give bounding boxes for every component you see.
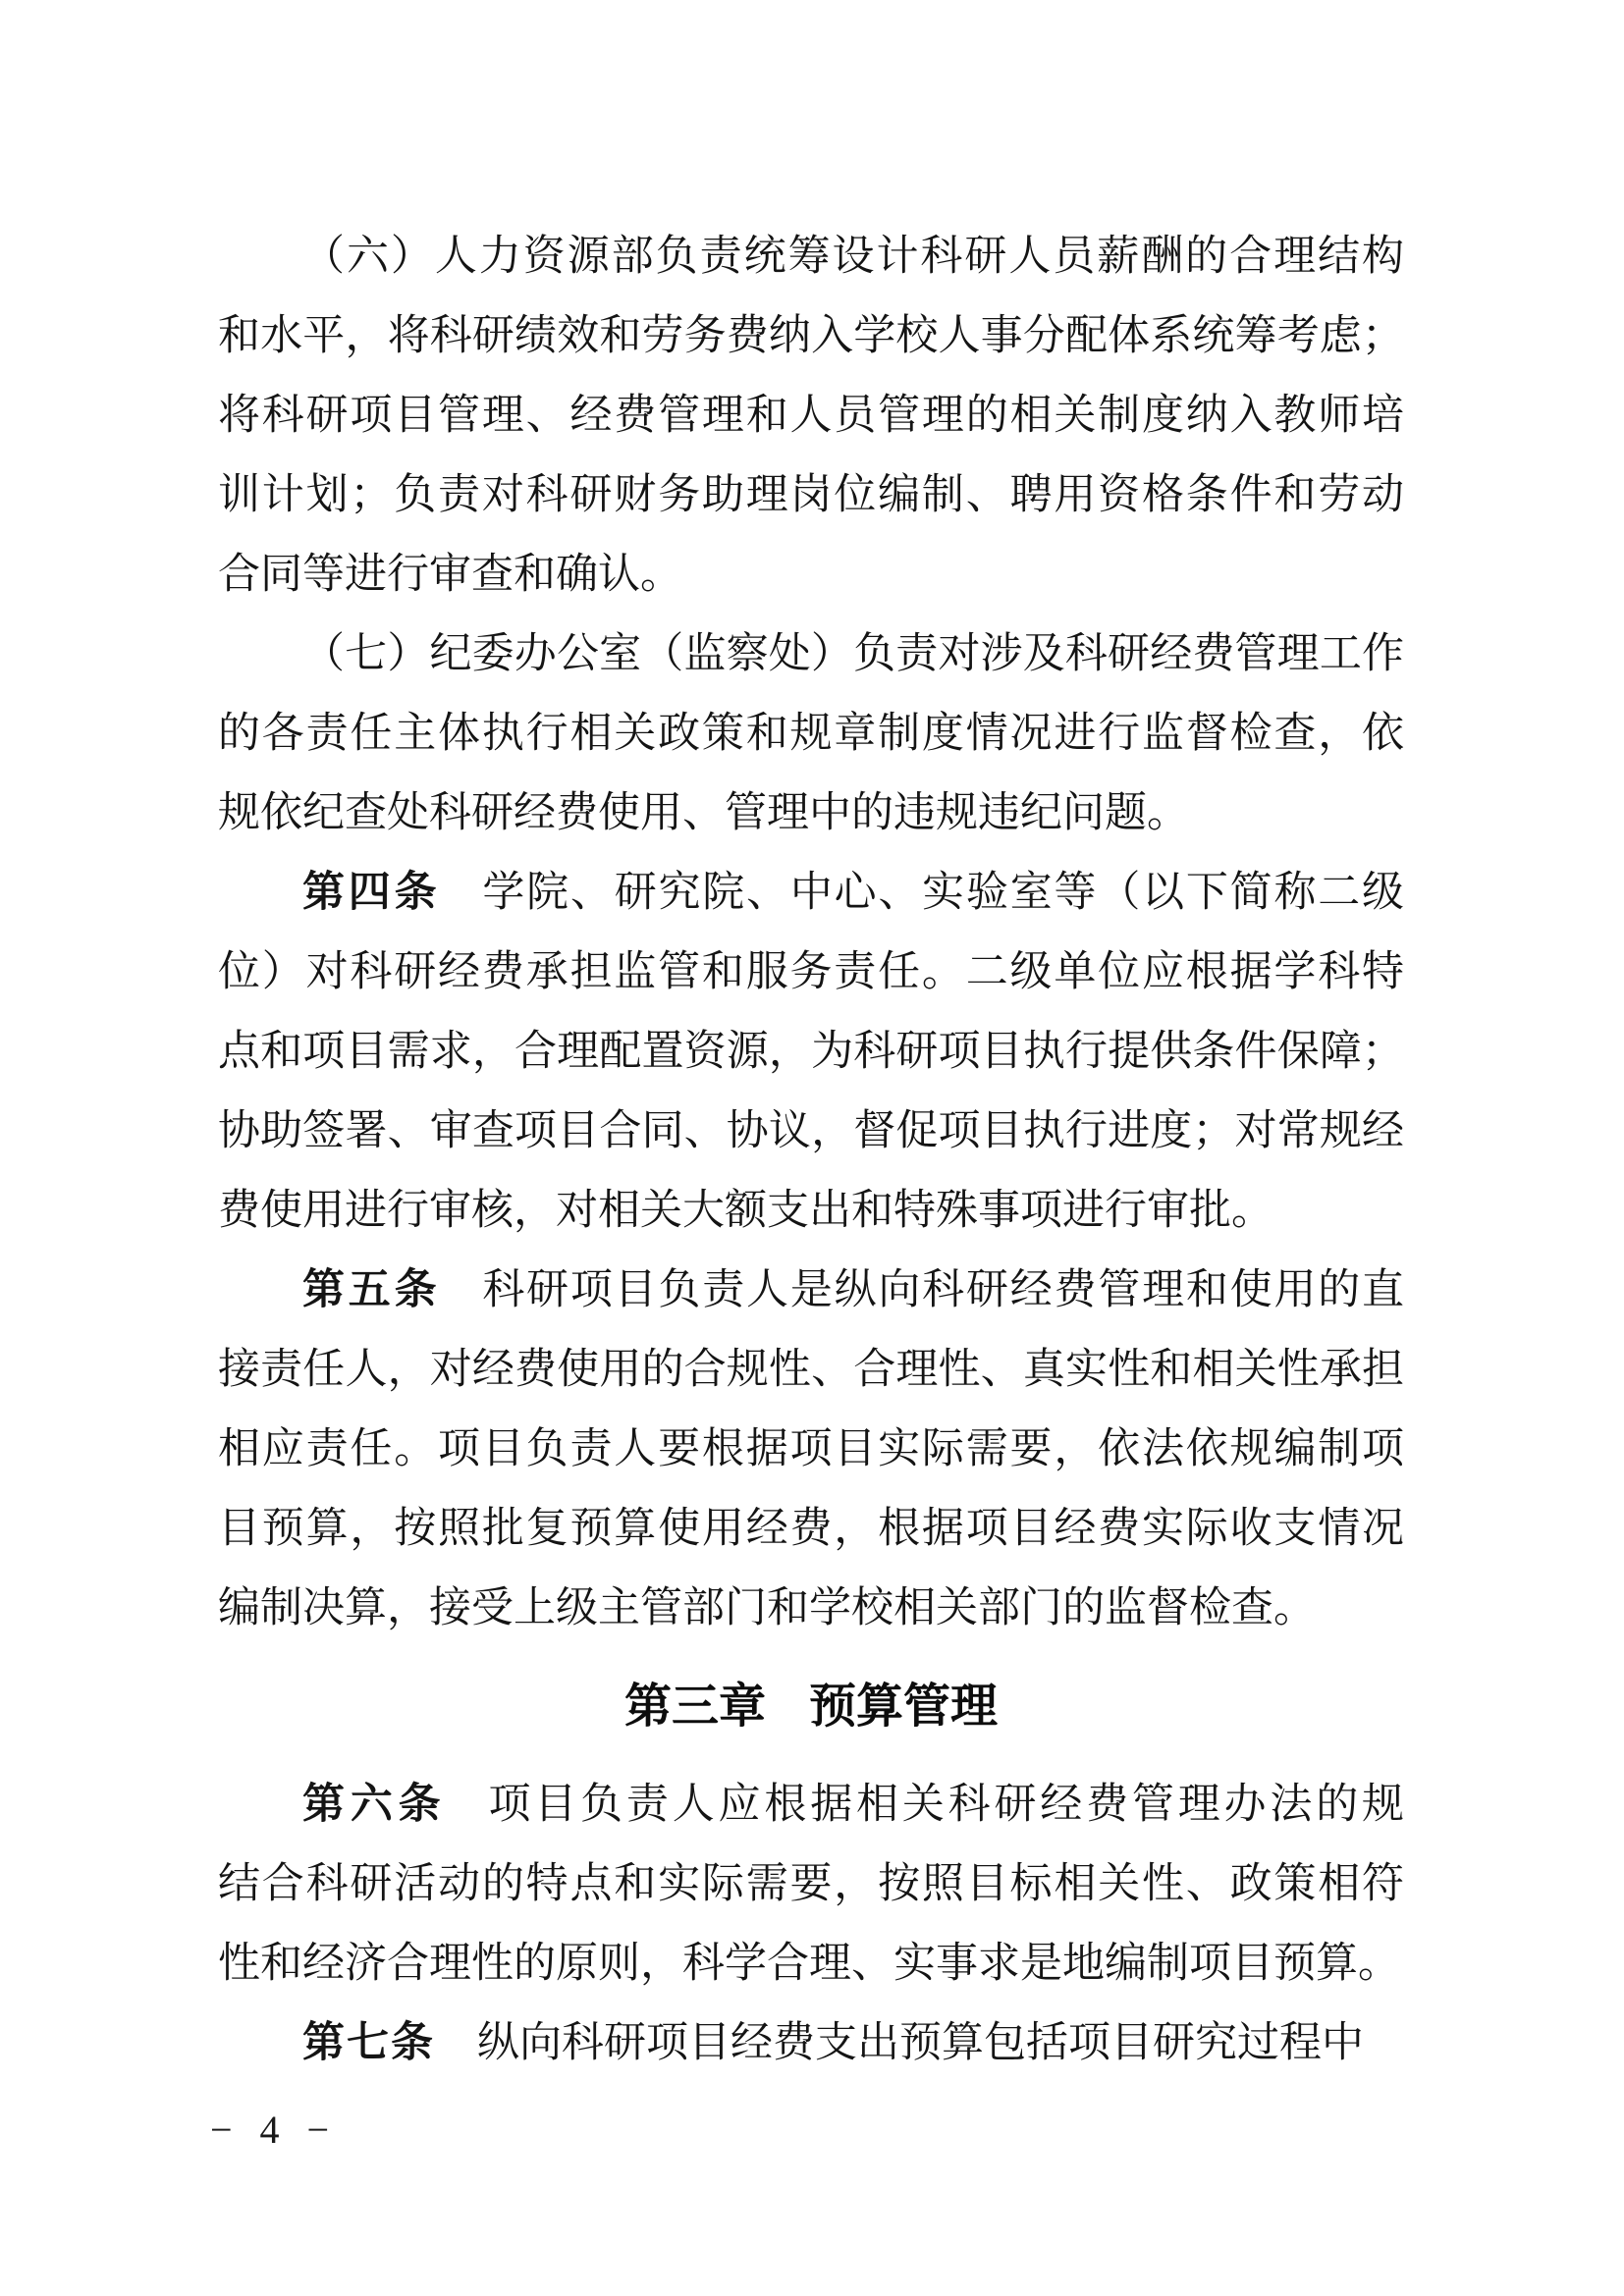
line-text: 和水平，将科研绩效和劳务费纳入学校人事分配体系统筹考虑； (218, 313, 1404, 359)
article-term: 第四条 (302, 869, 440, 916)
text-line: 和水平，将科研绩效和劳务费纳入学校人事分配体系统筹考虑； (218, 296, 1404, 376)
line-text: 合同等进行审查和确认。 (218, 552, 682, 598)
text-line: （六）人力资源部负责统筹设计科研人员薪酬的合理结构 (218, 217, 1404, 296)
line-text: 接责任人，对经费使用的合规性、合理性、真实性和相关性承担 (218, 1347, 1404, 1393)
text-line: 将科研项目管理、经费管理和人员管理的相关制度纳入教师培 (218, 376, 1404, 455)
line-text: 编制决算，接受上级主管部门和学校相关部门的监督检查。 (218, 1585, 1316, 1631)
line-text: 科研项目负责人是纵向科研经费管理和使用的直 (482, 1267, 1404, 1313)
text-line: 协助签署、审查项目合同、协议，督促项目执行进度；对常规经 (218, 1092, 1404, 1171)
text-line: 第六条项目负责人应根据相关科研经费管理办法的规定， (218, 1765, 1404, 1844)
article-term: 第五条 (302, 1266, 440, 1313)
line-text: 的各责任主体执行相关政策和规章制度情况进行监督检查，依 (218, 711, 1404, 757)
chapter-3-heading: 第三章预算管理 (218, 1667, 1404, 1746)
page-number: − 4 − (210, 2110, 338, 2150)
line-text: 目预算，按照批复预算使用经费，根据项目经费实际收支情况 (218, 1506, 1404, 1552)
line-text: 将科研项目管理、经费管理和人员管理的相关制度纳入教师培 (218, 393, 1404, 439)
document-body: （六）人力资源部负责统筹设计科研人员薪酬的合理结构和水平，将科研绩效和劳务费纳入… (218, 217, 1404, 2083)
item-six-paragraph: （六）人力资源部负责统筹设计科研人员薪酬的合理结构和水平，将科研绩效和劳务费纳入… (218, 217, 1404, 614)
text-line: 点和项目需求，合理配置资源，为科研项目执行提供条件保障； (218, 1012, 1404, 1092)
article-term: 第六条 (302, 1781, 446, 1828)
text-line: 第五条科研项目负责人是纵向科研经费管理和使用的直 (218, 1251, 1404, 1330)
line-text: 点和项目需求，合理配置资源，为科研项目执行提供条件保障； (218, 1029, 1404, 1075)
text-line: 第七条纵向科研项目经费支出预算包括项目研究过程中 (218, 2003, 1404, 2083)
chapter-number: 第三章 (624, 1681, 766, 1733)
line-text: 训计划；负责对科研财务助理岗位编制、聘用资格条件和劳动 (218, 472, 1404, 518)
article-7-paragraph: 第七条纵向科研项目经费支出预算包括项目研究过程中 (218, 2003, 1404, 2083)
text-line: 目预算，按照批复预算使用经费，根据项目经费实际收支情况 (218, 1489, 1404, 1569)
text-line: 的各责任主体执行相关政策和规章制度情况进行监督检查，依 (218, 694, 1404, 774)
line-text: 结合科研活动的特点和实际需要，按照目标相关性、政策相符 (218, 1861, 1404, 1907)
text-line: 编制决算，接受上级主管部门和学校相关部门的监督检查。 (218, 1569, 1404, 1648)
document-page: （六）人力资源部负责统筹设计科研人员薪酬的合理结构和水平，将科研绩效和劳务费纳入… (0, 0, 1624, 2296)
line-text: （七）纪委办公室（监察处）负责对涉及科研经费管理工作 (302, 631, 1404, 677)
line-text: 费使用进行审核，对相关大额支出和特殊事项进行审批。 (218, 1188, 1273, 1234)
item-seven-paragraph: （七）纪委办公室（监察处）负责对涉及科研经费管理工作的各责任主体执行相关政策和规… (218, 614, 1404, 853)
text-line: 相应责任。项目负责人要根据项目实际需要，依法依规编制项 (218, 1410, 1404, 1489)
line-text: 性和经济合理性的原则，科学合理、实事求是地编制项目预算。 (218, 1941, 1400, 1987)
text-line: 训计划；负责对科研财务助理岗位编制、聘用资格条件和劳动 (218, 455, 1404, 535)
text-line: 规依纪查处科研经费使用、管理中的违规违纪问题。 (218, 774, 1404, 853)
text-line: 位）对科研经费承担监管和服务责任。二级单位应根据学科特 (218, 933, 1404, 1012)
line-text: 规依纪查处科研经费使用、管理中的违规违纪问题。 (218, 790, 1189, 836)
article-term: 第七条 (302, 2019, 435, 2066)
article-6-paragraph: 第六条项目负责人应根据相关科研经费管理办法的规定，结合科研活动的特点和实际需要，… (218, 1765, 1404, 2003)
article-4-paragraph: 第四条学院、研究院、中心、实验室等（以下简称二级单位）对科研经费承担监管和服务责… (218, 853, 1404, 1251)
text-line: 合同等进行审查和确认。 (218, 535, 1404, 614)
chapter-title: 预算管理 (809, 1681, 998, 1733)
text-line: 第四条学院、研究院、中心、实验室等（以下简称二级单 (218, 853, 1404, 933)
text-line: 费使用进行审核，对相关大额支出和特殊事项进行审批。 (218, 1171, 1404, 1251)
article-5-paragraph: 第五条科研项目负责人是纵向科研经费管理和使用的直接责任人，对经费使用的合规性、合… (218, 1251, 1404, 1648)
text-line: 结合科研活动的特点和实际需要，按照目标相关性、政策相符 (218, 1844, 1404, 1924)
line-text: 纵向科研项目经费支出预算包括项目研究过程中 (477, 2020, 1364, 2066)
line-text: 相应责任。项目负责人要根据项目实际需要，依法依规编制项 (218, 1426, 1404, 1472)
line-text: 协助签署、审查项目合同、协议，督促项目执行进度；对常规经 (218, 1108, 1404, 1154)
text-line: 接责任人，对经费使用的合规性、合理性、真实性和相关性承担 (218, 1330, 1404, 1410)
line-text: 位）对科研经费承担监管和服务责任。二级单位应根据学科特 (218, 949, 1404, 995)
text-line: 性和经济合理性的原则，科学合理、实事求是地编制项目预算。 (218, 1924, 1404, 2003)
text-line: （七）纪委办公室（监察处）负责对涉及科研经费管理工作 (218, 614, 1404, 694)
line-text: （六）人力资源部负责统筹设计科研人员薪酬的合理结构 (302, 234, 1404, 280)
